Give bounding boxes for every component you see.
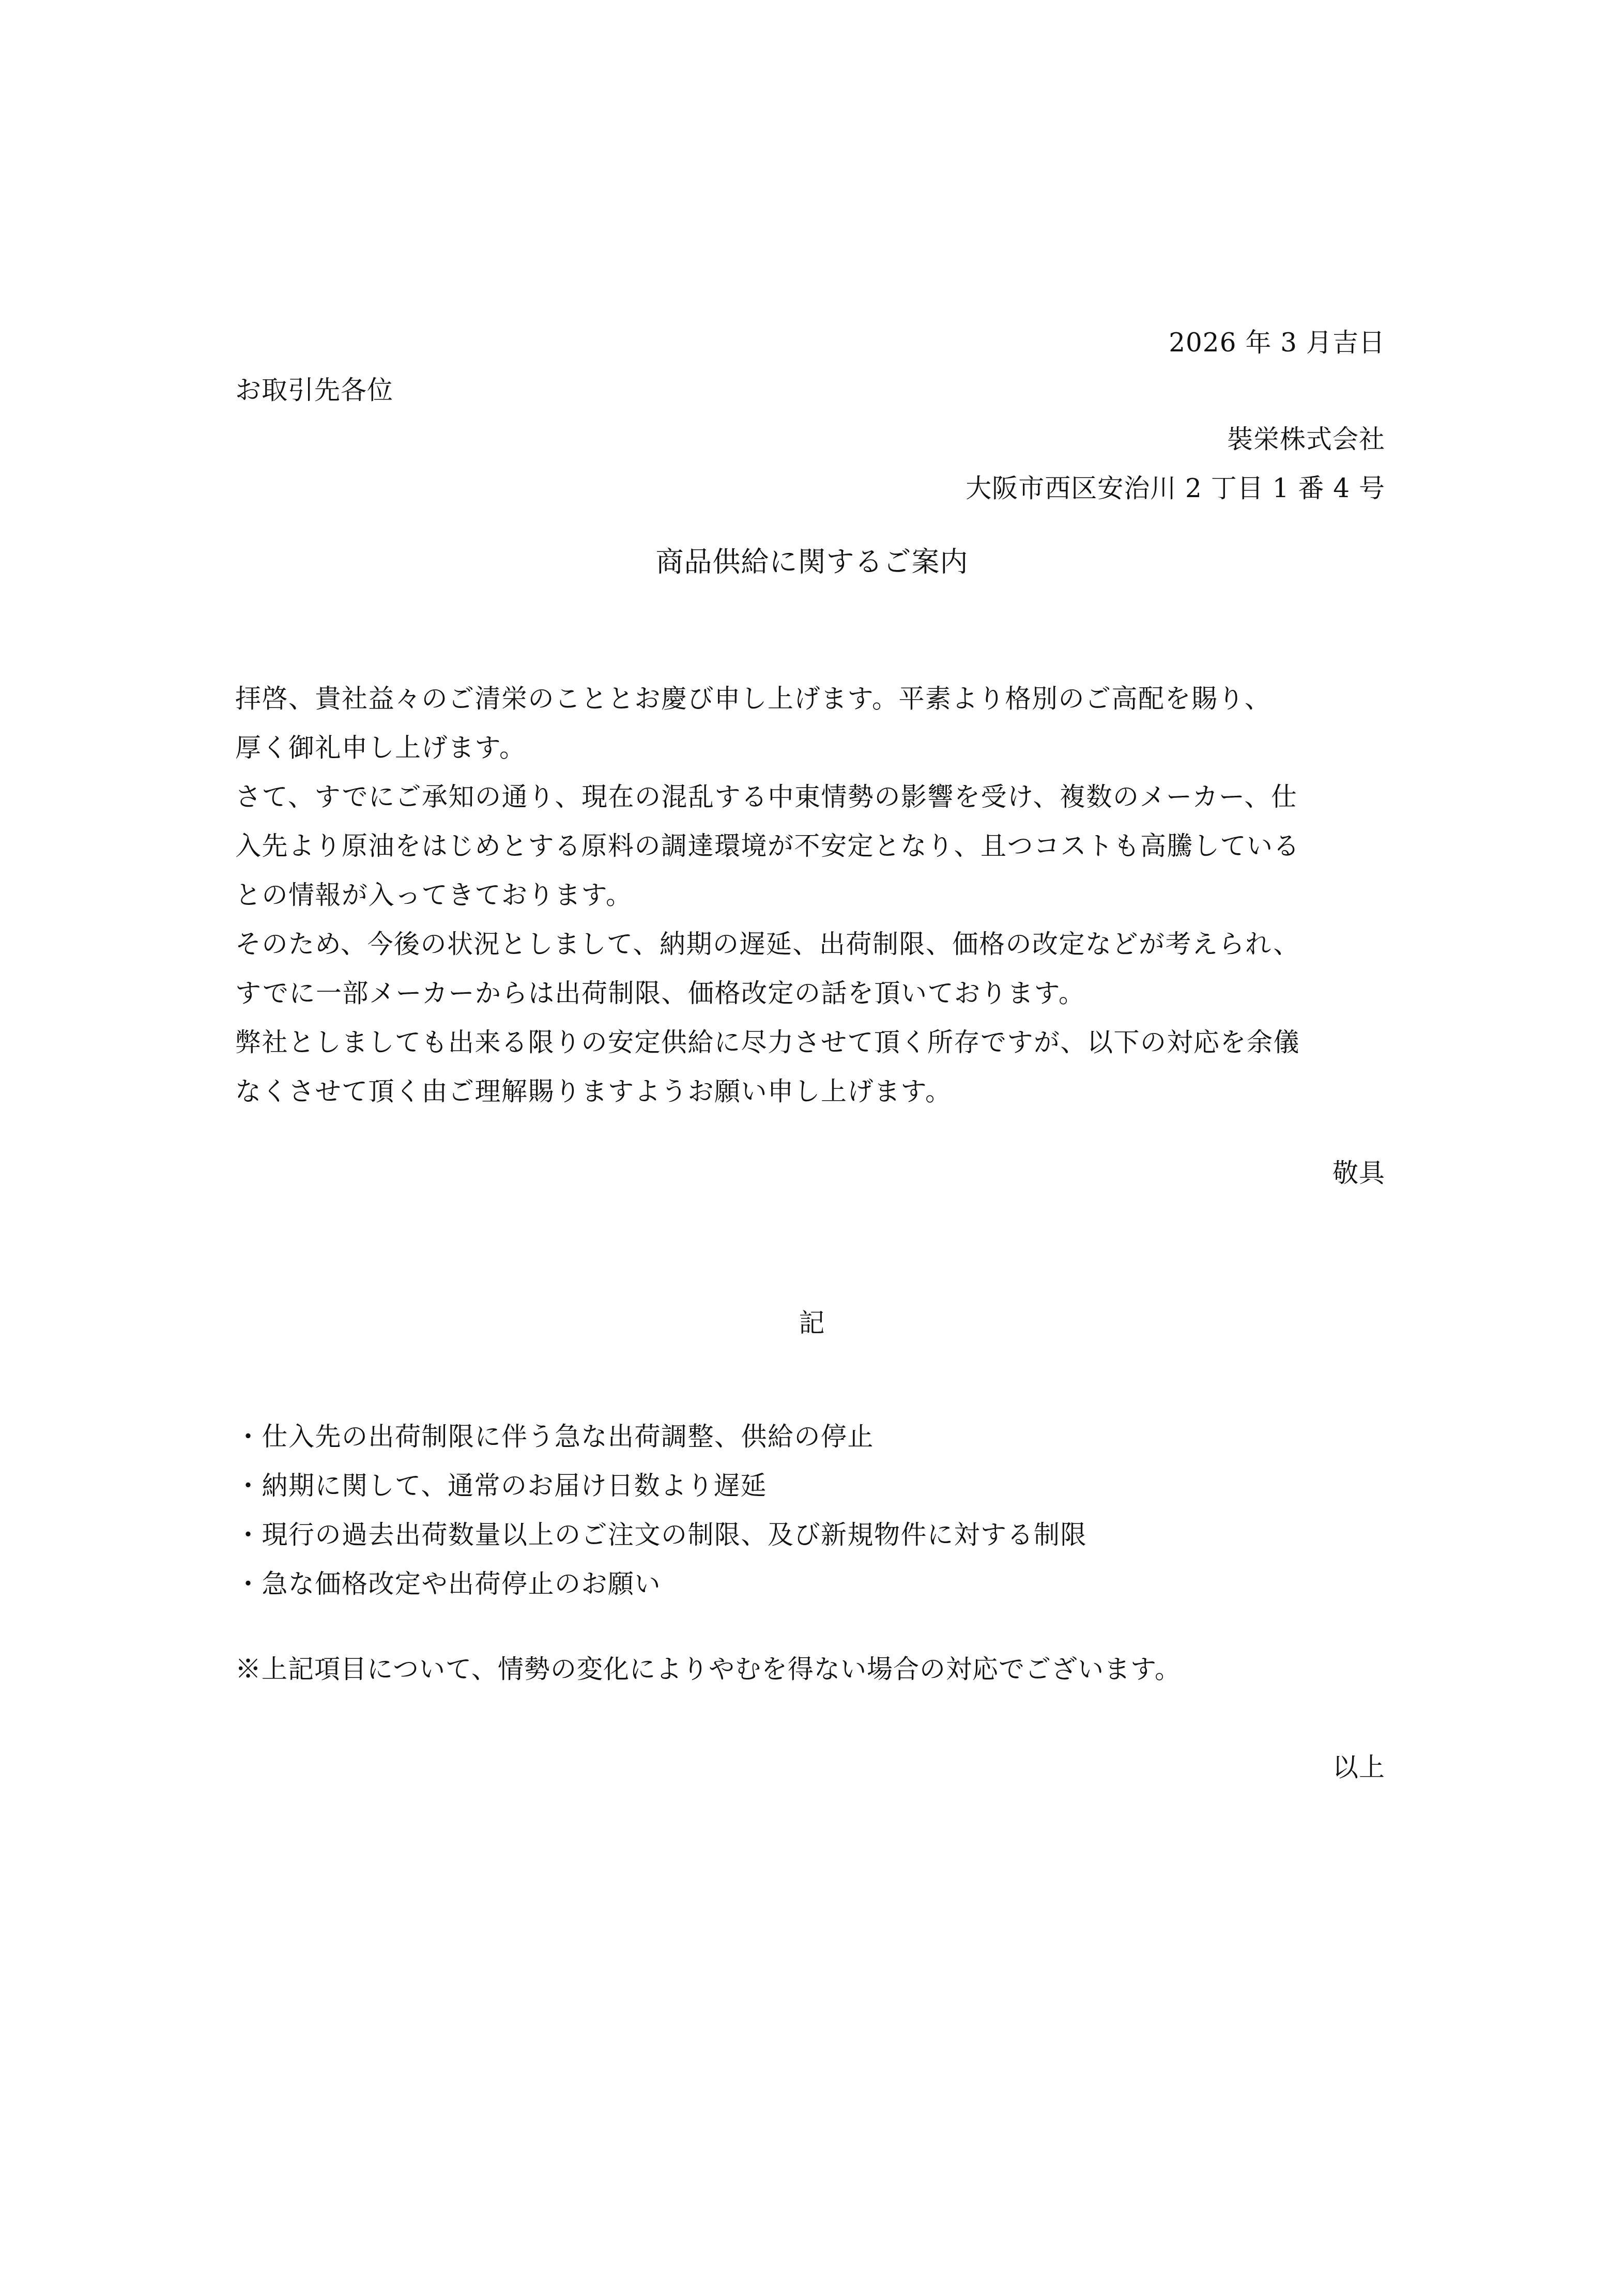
letter-body: 拝啓、貴社益々のご清栄のこととお慶び申し上げます。平素より格別のご高配を賜り、 … [235, 674, 1388, 1116]
sender-address: 大阪市西区安治川 2 丁目 1 番 4 号 [966, 473, 1385, 504]
notes-list: ・仕入先の出荷制限に伴う急な出荷調整、供給の停止 ・納期に関して、通常のお届け日… [235, 1412, 1388, 1609]
notes-heading: 記 [0, 1307, 1624, 1338]
recipient-salutation: お取引先各位 [235, 375, 393, 406]
list-item: ・急な価格改定や出荷停止のお願い [235, 1560, 1388, 1609]
body-line: 弊社としましても出来る限りの安定供給に尽力させて頂く所存ですが、以下の対応を余儀 [235, 1018, 1388, 1067]
body-line: なくさせて頂く由ご理解賜りますようお願い申し上げます。 [235, 1067, 1388, 1116]
body-line: 厚く御礼申し上げます。 [235, 723, 1388, 773]
document-page: 2026 年 3 月吉日 お取引先各位 裝栄株式会社 大阪市西区安治川 2 丁目… [0, 0, 1624, 2296]
body-line: すでに一部メーカーからは出荷制限、価格改定の話を頂いております。 [235, 969, 1388, 1018]
body-line: 入先より原油をはじめとする原料の調達環境が不安定となり、且つコストも高騰している [235, 822, 1388, 871]
end-mark: 以上 [1332, 1752, 1385, 1783]
closing-phrase: 敬具 [1332, 1158, 1385, 1189]
page-title: 商品供給に関するご案内 [0, 547, 1624, 578]
body-line: そのため、今後の状況としまして、納期の遅延、出荷制限、価格の改定などが考えられ、 [235, 920, 1388, 969]
body-line: との情報が入ってきております。 [235, 871, 1388, 920]
sender-company: 裝栄株式会社 [1227, 424, 1385, 455]
list-item: ・納期に関して、通常のお届け日数より遅延 [235, 1461, 1388, 1511]
letter-date: 2026 年 3 月吉日 [1169, 327, 1385, 358]
remark-note: ※上記項目について、情勢の変化によりやむを得ない場合の対応でございます。 [235, 1654, 1181, 1685]
list-item: ・仕入先の出荷制限に伴う急な出荷調整、供給の停止 [235, 1412, 1388, 1461]
body-line: 拝啓、貴社益々のご清栄のこととお慶び申し上げます。平素より格別のご高配を賜り、 [235, 674, 1388, 723]
body-line: さて、すでにご承知の通り、現在の混乱する中東情勢の影響を受け、複数のメーカー、仕 [235, 773, 1388, 822]
list-item: ・現行の過去出荷数量以上のご注文の制限、及び新規物件に対する制限 [235, 1511, 1388, 1560]
